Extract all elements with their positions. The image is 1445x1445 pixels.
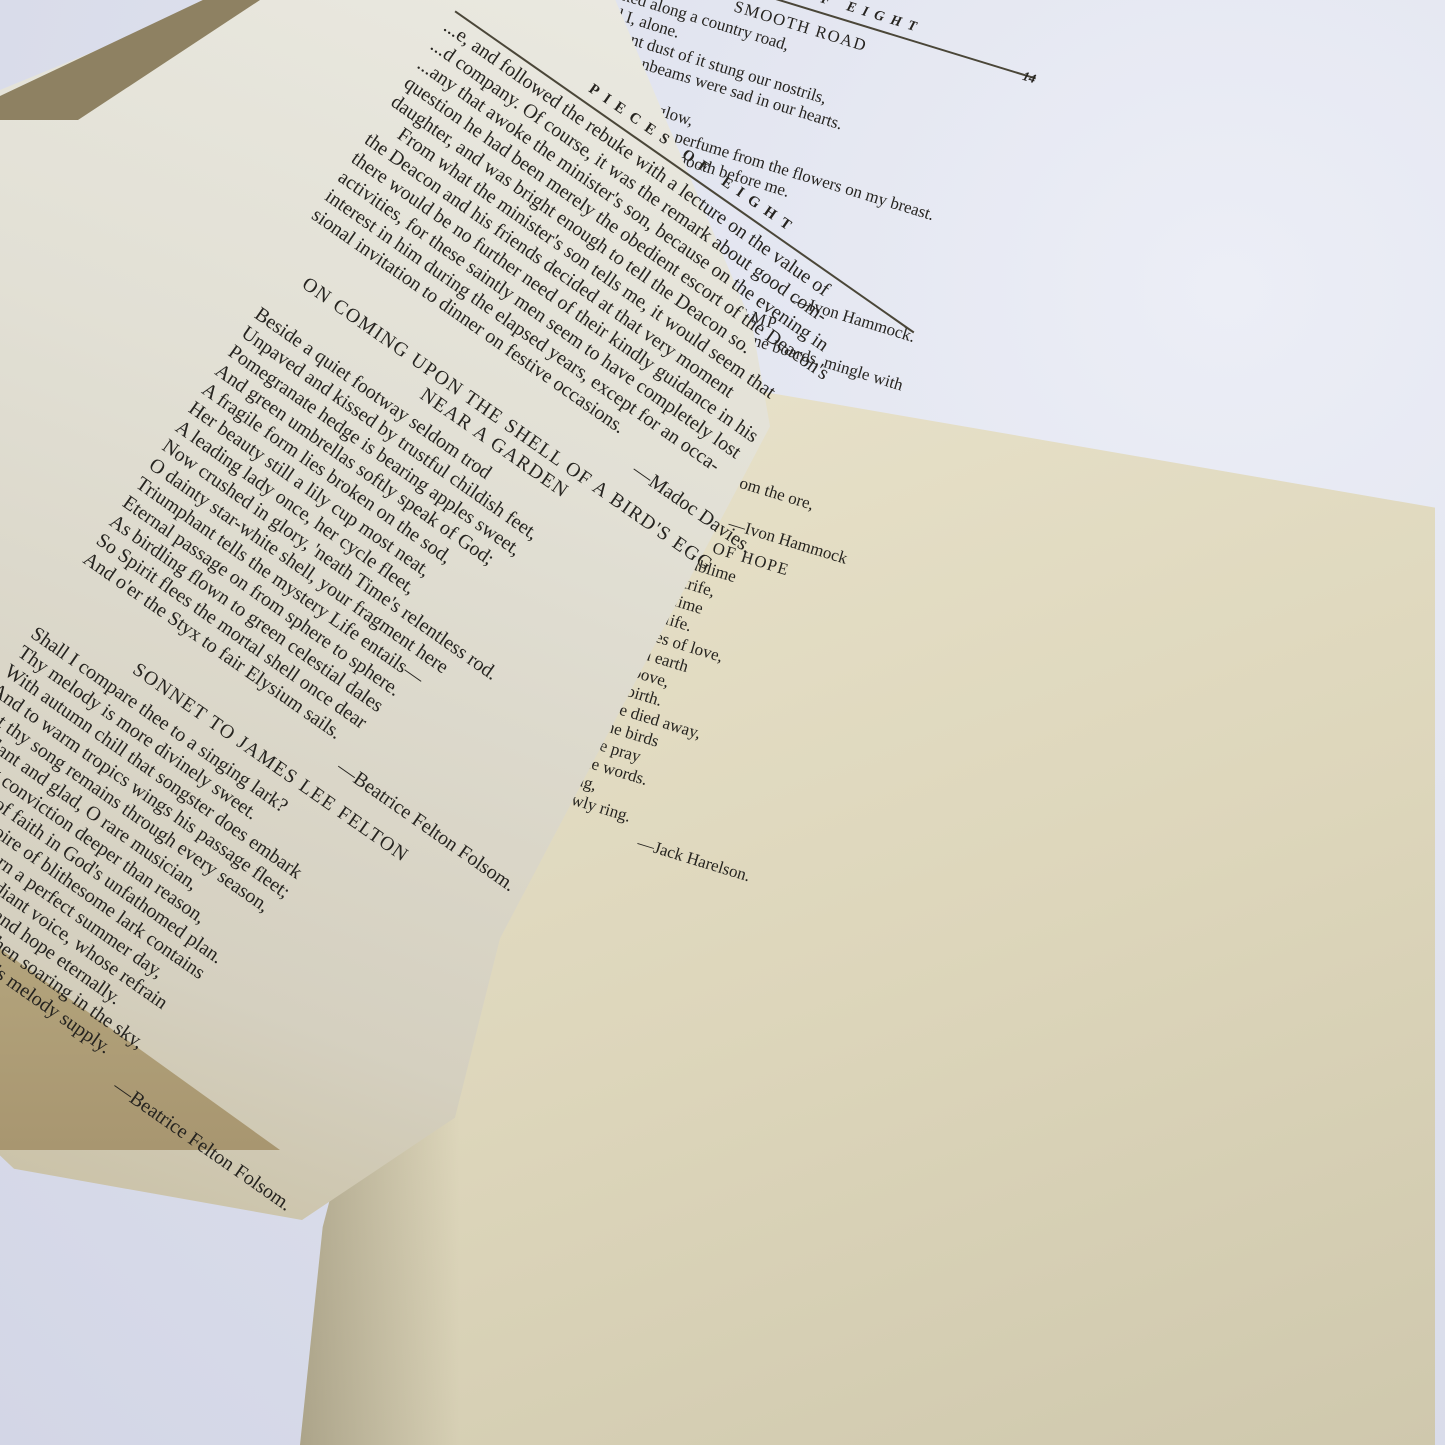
page-number: 14 — [1020, 66, 1038, 89]
photo-scene: PIECES OF EIGHT 14 SMOOTH ROAD We walked… — [0, 0, 1445, 1445]
